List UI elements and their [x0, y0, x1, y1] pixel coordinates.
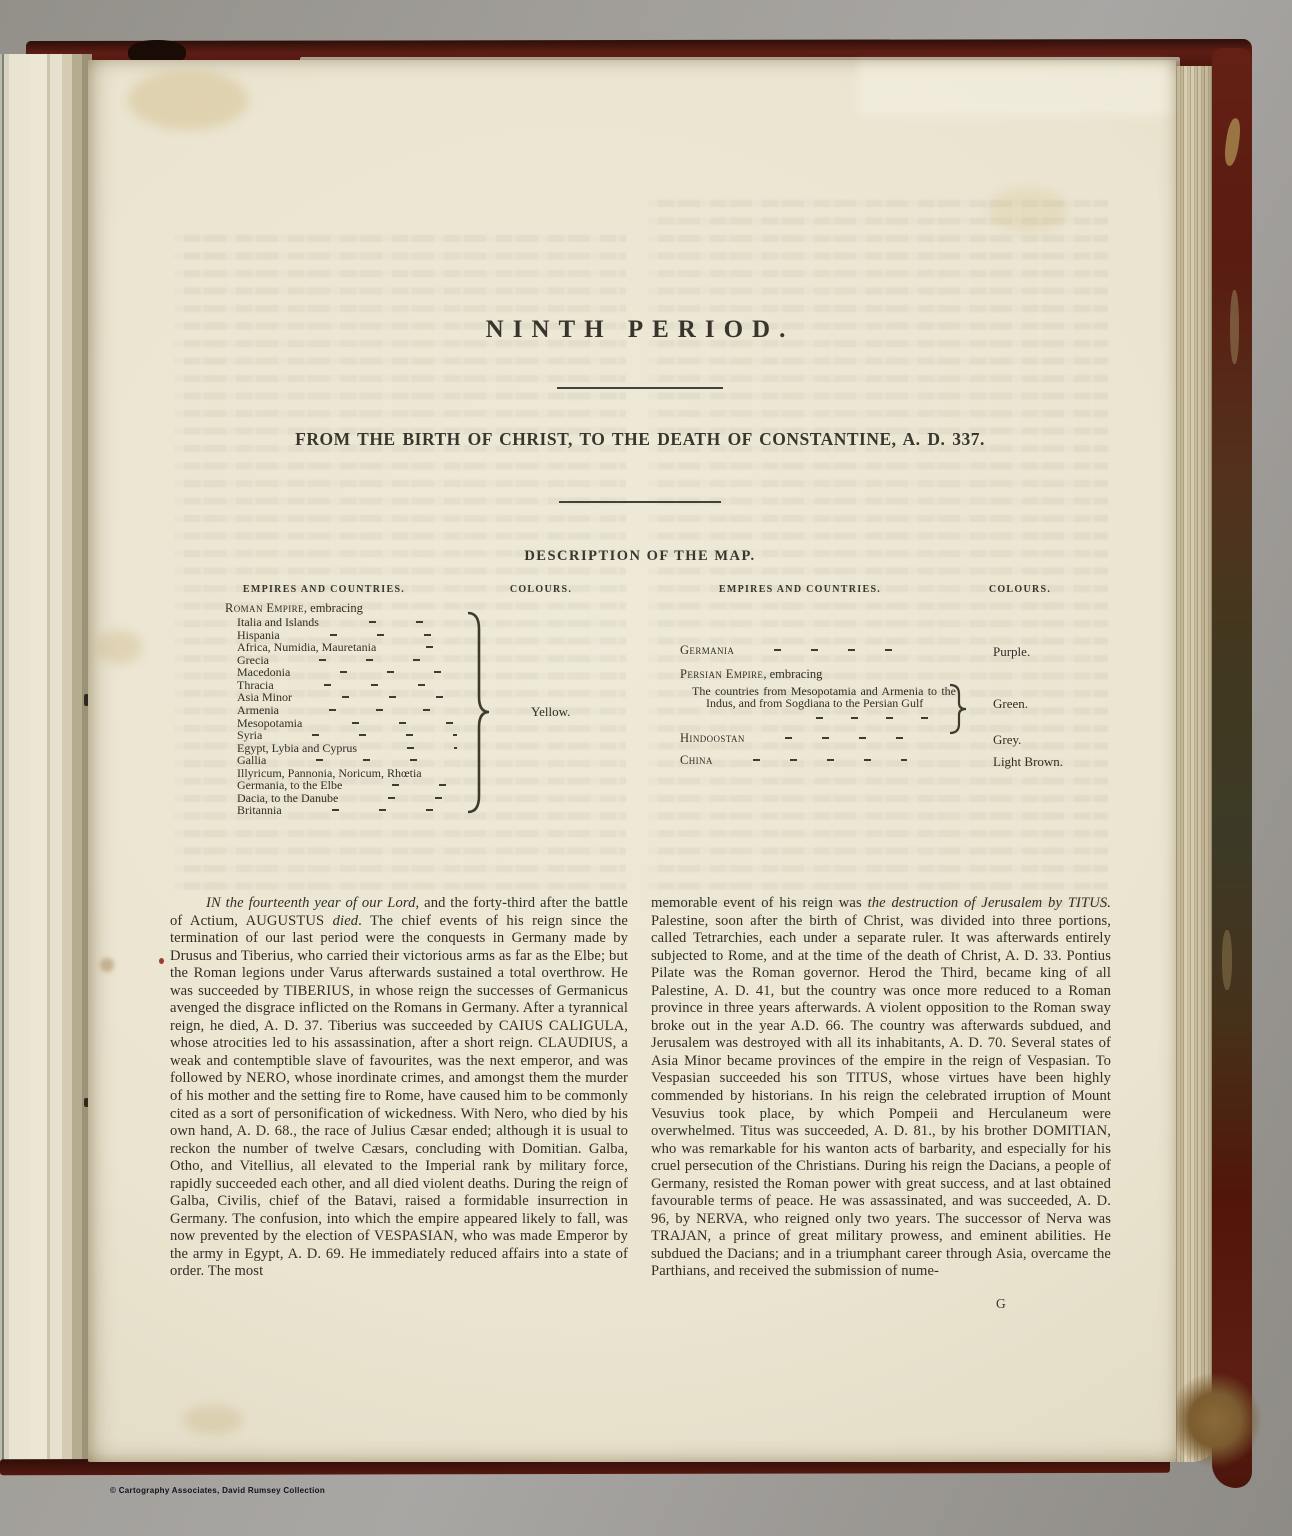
paper-stain: [100, 958, 114, 972]
paper-stain: [96, 630, 142, 664]
group-label-rest: , embracing: [304, 601, 363, 615]
key-row-hindoostan: Hindoostan: [680, 732, 913, 745]
roman-empire-group-label: Roman Empire, embracing: [225, 601, 363, 616]
persian-empire-description: The countries from Mesopotamia and Armen…: [692, 685, 956, 710]
key-row-label: Italia and Islands: [237, 616, 319, 629]
dash-leader: [289, 709, 457, 711]
left-page-edges: [0, 54, 92, 1462]
dash-leader: [292, 809, 457, 811]
key-row-china: China: [680, 754, 913, 767]
dash-leader: [432, 772, 457, 774]
dash-leader: [348, 797, 457, 799]
key-row-label: Gallia: [237, 754, 266, 767]
dash-leader: [723, 759, 907, 761]
key-row-label-rest: , embracing: [763, 667, 822, 681]
key-row: Italia and Islands: [237, 616, 463, 629]
dash-leader: [788, 717, 930, 719]
collection-copyright: © Cartography Associates, David Rumsey C…: [110, 1486, 325, 1495]
key-row-label: Hindoostan: [680, 732, 745, 745]
paper-stain: [128, 70, 248, 130]
key-row-label: Germania, to the Elbe: [237, 779, 342, 792]
colour-value-yellow: Yellow.: [531, 704, 570, 720]
body-text-left-column: IN the fourteenth year of our Lord, and …: [170, 895, 628, 1281]
column-header-empires-right: EMPIRES AND COUNTRIES.: [680, 584, 920, 595]
key-row: Egypt, Lybia and Cyprus: [237, 742, 463, 755]
body-text-right-column: memorable event of his reign was the des…: [651, 895, 1111, 1281]
book-page: NINTH PERIOD. FROM THE BIRTH OF CHRIST, …: [88, 60, 1176, 1462]
key-row-label: Germania: [680, 644, 734, 657]
colour-value-green: Green.: [993, 696, 1028, 712]
dash-leader: [386, 646, 457, 648]
dash-leader: [329, 621, 457, 623]
colour-value-grey: Grey.: [993, 732, 1021, 748]
dash-leader: [272, 734, 457, 736]
right-key-brace: [948, 683, 968, 735]
margin-ink-mark: [159, 958, 164, 964]
dash-leader: [367, 747, 457, 749]
decorative-rule: [557, 387, 723, 389]
key-row: Gallia: [237, 754, 463, 767]
key-row-label: Britannia: [237, 804, 282, 817]
key-row: Mesopotamia: [237, 717, 463, 730]
paper-stain: [183, 1405, 243, 1435]
dash-leader: [312, 722, 457, 724]
key-row-label: Macedonia: [237, 666, 290, 679]
dash-leader: [755, 737, 907, 739]
page-subtitle: FROM THE BIRTH OF CHRIST, TO THE DEATH O…: [104, 429, 1176, 450]
paper-stain: [988, 188, 1068, 232]
colour-value-light-brown: Light Brown.: [993, 754, 1063, 770]
roman-empire-province-list: Italia and IslandsHispaniaAfrica, Numidi…: [237, 616, 463, 817]
dash-leader: [290, 634, 457, 636]
column-header-colours-right: COLOURS.: [960, 584, 1080, 595]
section-heading: DESCRIPTION OF THE MAP.: [104, 548, 1176, 565]
dash-leader: [744, 649, 907, 651]
cover-wear-spot: [1222, 930, 1232, 990]
dash-leader: [352, 784, 457, 786]
dash-leader: [276, 759, 457, 761]
key-row-label: Syria: [237, 729, 262, 742]
dash-leader: [284, 684, 457, 686]
key-row: Africa, Numidia, Mauretania: [237, 641, 463, 654]
printer-signature-mark: G: [996, 1296, 1006, 1312]
key-row-label: China: [680, 754, 713, 767]
cover-wear-spot: [1230, 290, 1239, 364]
dash-leader: [300, 671, 457, 673]
group-label-smallcaps: Roman Empire: [225, 601, 304, 615]
key-row: Syria: [237, 729, 463, 742]
cover-corner-wear: [1168, 1372, 1262, 1468]
key-row: Armenia: [237, 704, 463, 717]
key-row: Macedonia: [237, 666, 463, 679]
key-row-label: Armenia: [237, 704, 279, 717]
key-row-persian-empire: Persian Empire, embracing: [680, 668, 913, 681]
key-row: Britannia: [237, 804, 463, 817]
key-row-germania: Germania: [680, 644, 913, 657]
key-row: Germania, to the Elbe: [237, 779, 463, 792]
dash-leader: [279, 659, 457, 661]
dash-leader: [302, 696, 457, 698]
page-highlight: [858, 64, 1168, 116]
key-row-label: Africa, Numidia, Mauretania: [237, 641, 376, 654]
book-cover-right-edge: [1212, 48, 1252, 1488]
page-title: NINTH PERIOD.: [104, 316, 1176, 344]
decorative-rule: [559, 501, 721, 503]
colour-value-purple: Purple.: [993, 644, 1030, 660]
scanned-book-page-photo: NINTH PERIOD. FROM THE BIRTH OF CHRIST, …: [0, 0, 1292, 1536]
left-key-brace: [465, 611, 491, 814]
column-header-empires-left: EMPIRES AND COUNTRIES.: [204, 584, 444, 595]
key-row-label: Persian Empire: [680, 667, 763, 681]
column-header-colours-left: COLOURS.: [481, 584, 601, 595]
